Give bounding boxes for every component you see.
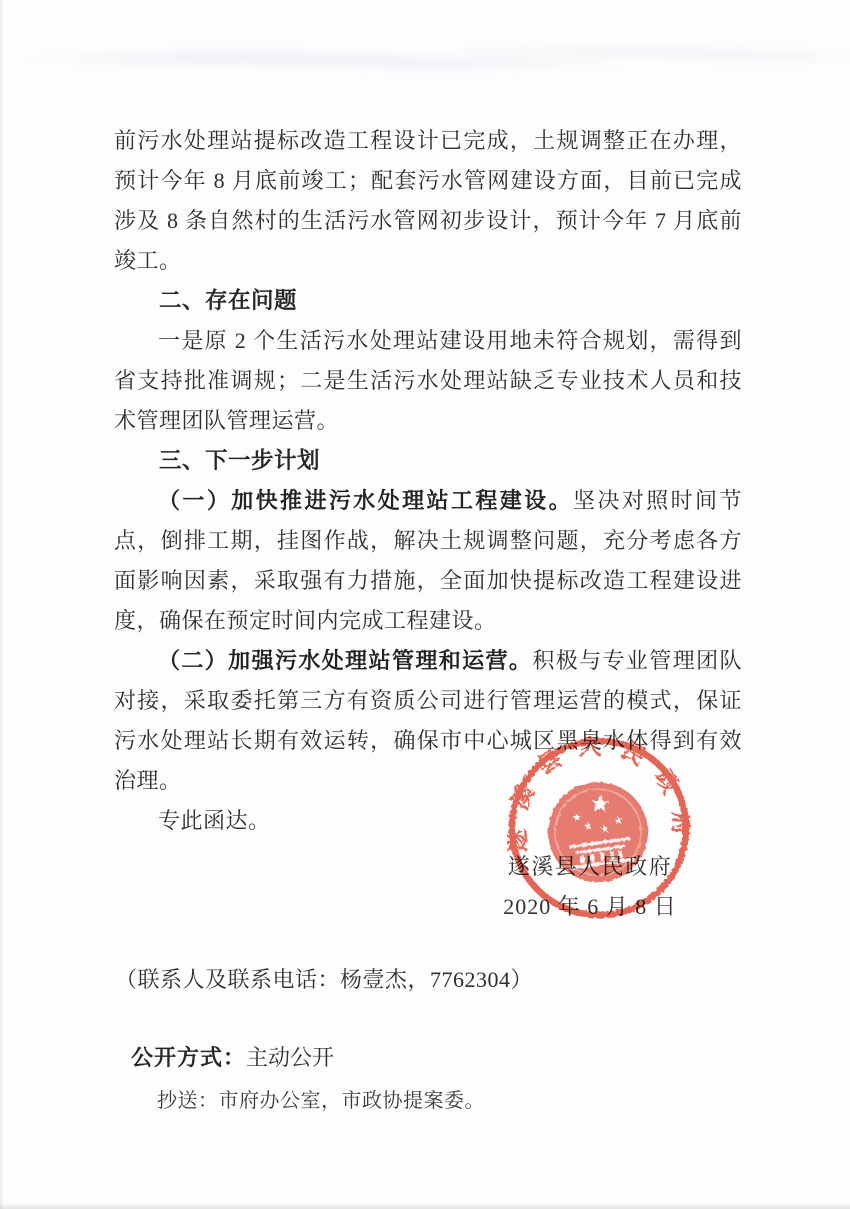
signature-date: 2020 年 6 月 8 日 <box>452 887 728 927</box>
section-heading-next-steps: 三、下一步计划 <box>114 441 742 481</box>
section-heading-problems: 二、存在问题 <box>114 281 742 321</box>
cc-value: 市府办公室，市政协提案委。 <box>219 1090 486 1112</box>
scanned-official-letter-page: 前污水处理站提标改造工程设计已完成，土规调整正在办理，预计今年 8 月底前竣工；… <box>0 0 850 1209</box>
scan-bleedthrough-artifact <box>0 26 850 84</box>
item1-lead: （一）加快推进污水处理站工程建设。 <box>158 488 573 513</box>
paragraph-continuation: 前污水处理站提标改造工程设计已完成，土规调整正在办理，预计今年 8 月底前竣工；… <box>114 121 742 281</box>
closing-line: 专此函达。 <box>114 801 742 841</box>
section3-item2-paragraph: （二）加强污水处理站管理和运营。积极与专业管理团队对接，采取委托第三方有资质公司… <box>114 641 742 801</box>
document-body: 前污水处理站提标改造工程设计已完成，土规调整正在办理，预计今年 8 月底前竣工；… <box>114 121 742 841</box>
scan-bottom-edge-shadow <box>0 1203 850 1209</box>
contact-note: （联系人及联系电话：杨壹杰，7762304） <box>115 962 533 998</box>
disclosure-value: 主动公开 <box>246 1045 334 1070</box>
cc-label: 抄送： <box>157 1090 219 1112</box>
section3-item1-paragraph: （一）加快推进污水处理站工程建设。坚决对照时间节点，倒排工期，挂图作战，解决土规… <box>114 481 742 641</box>
cc-line: 抄送：市府办公室，市政协提案委。 <box>157 1086 485 1116</box>
item2-lead: （二）加强污水处理站管理和运营。 <box>158 648 532 673</box>
heading-text: 二、存在问题 <box>159 288 297 313</box>
disclosure-line: 公开方式：主动公开 <box>131 1042 334 1074</box>
section2-paragraph: 一是原 2 个生活污水处理站建设用地未符合规划，需得到省支持批准调规；二是生活污… <box>114 321 742 441</box>
heading-text: 三、下一步计划 <box>159 448 320 473</box>
signature-organization: 遂溪县人民政府 <box>452 847 728 887</box>
disclosure-label: 公开方式： <box>131 1045 246 1070</box>
scan-left-edge-shadow <box>0 0 4 1209</box>
signature-block: 遂溪县人民政府 2020 年 6 月 8 日 <box>452 847 728 927</box>
